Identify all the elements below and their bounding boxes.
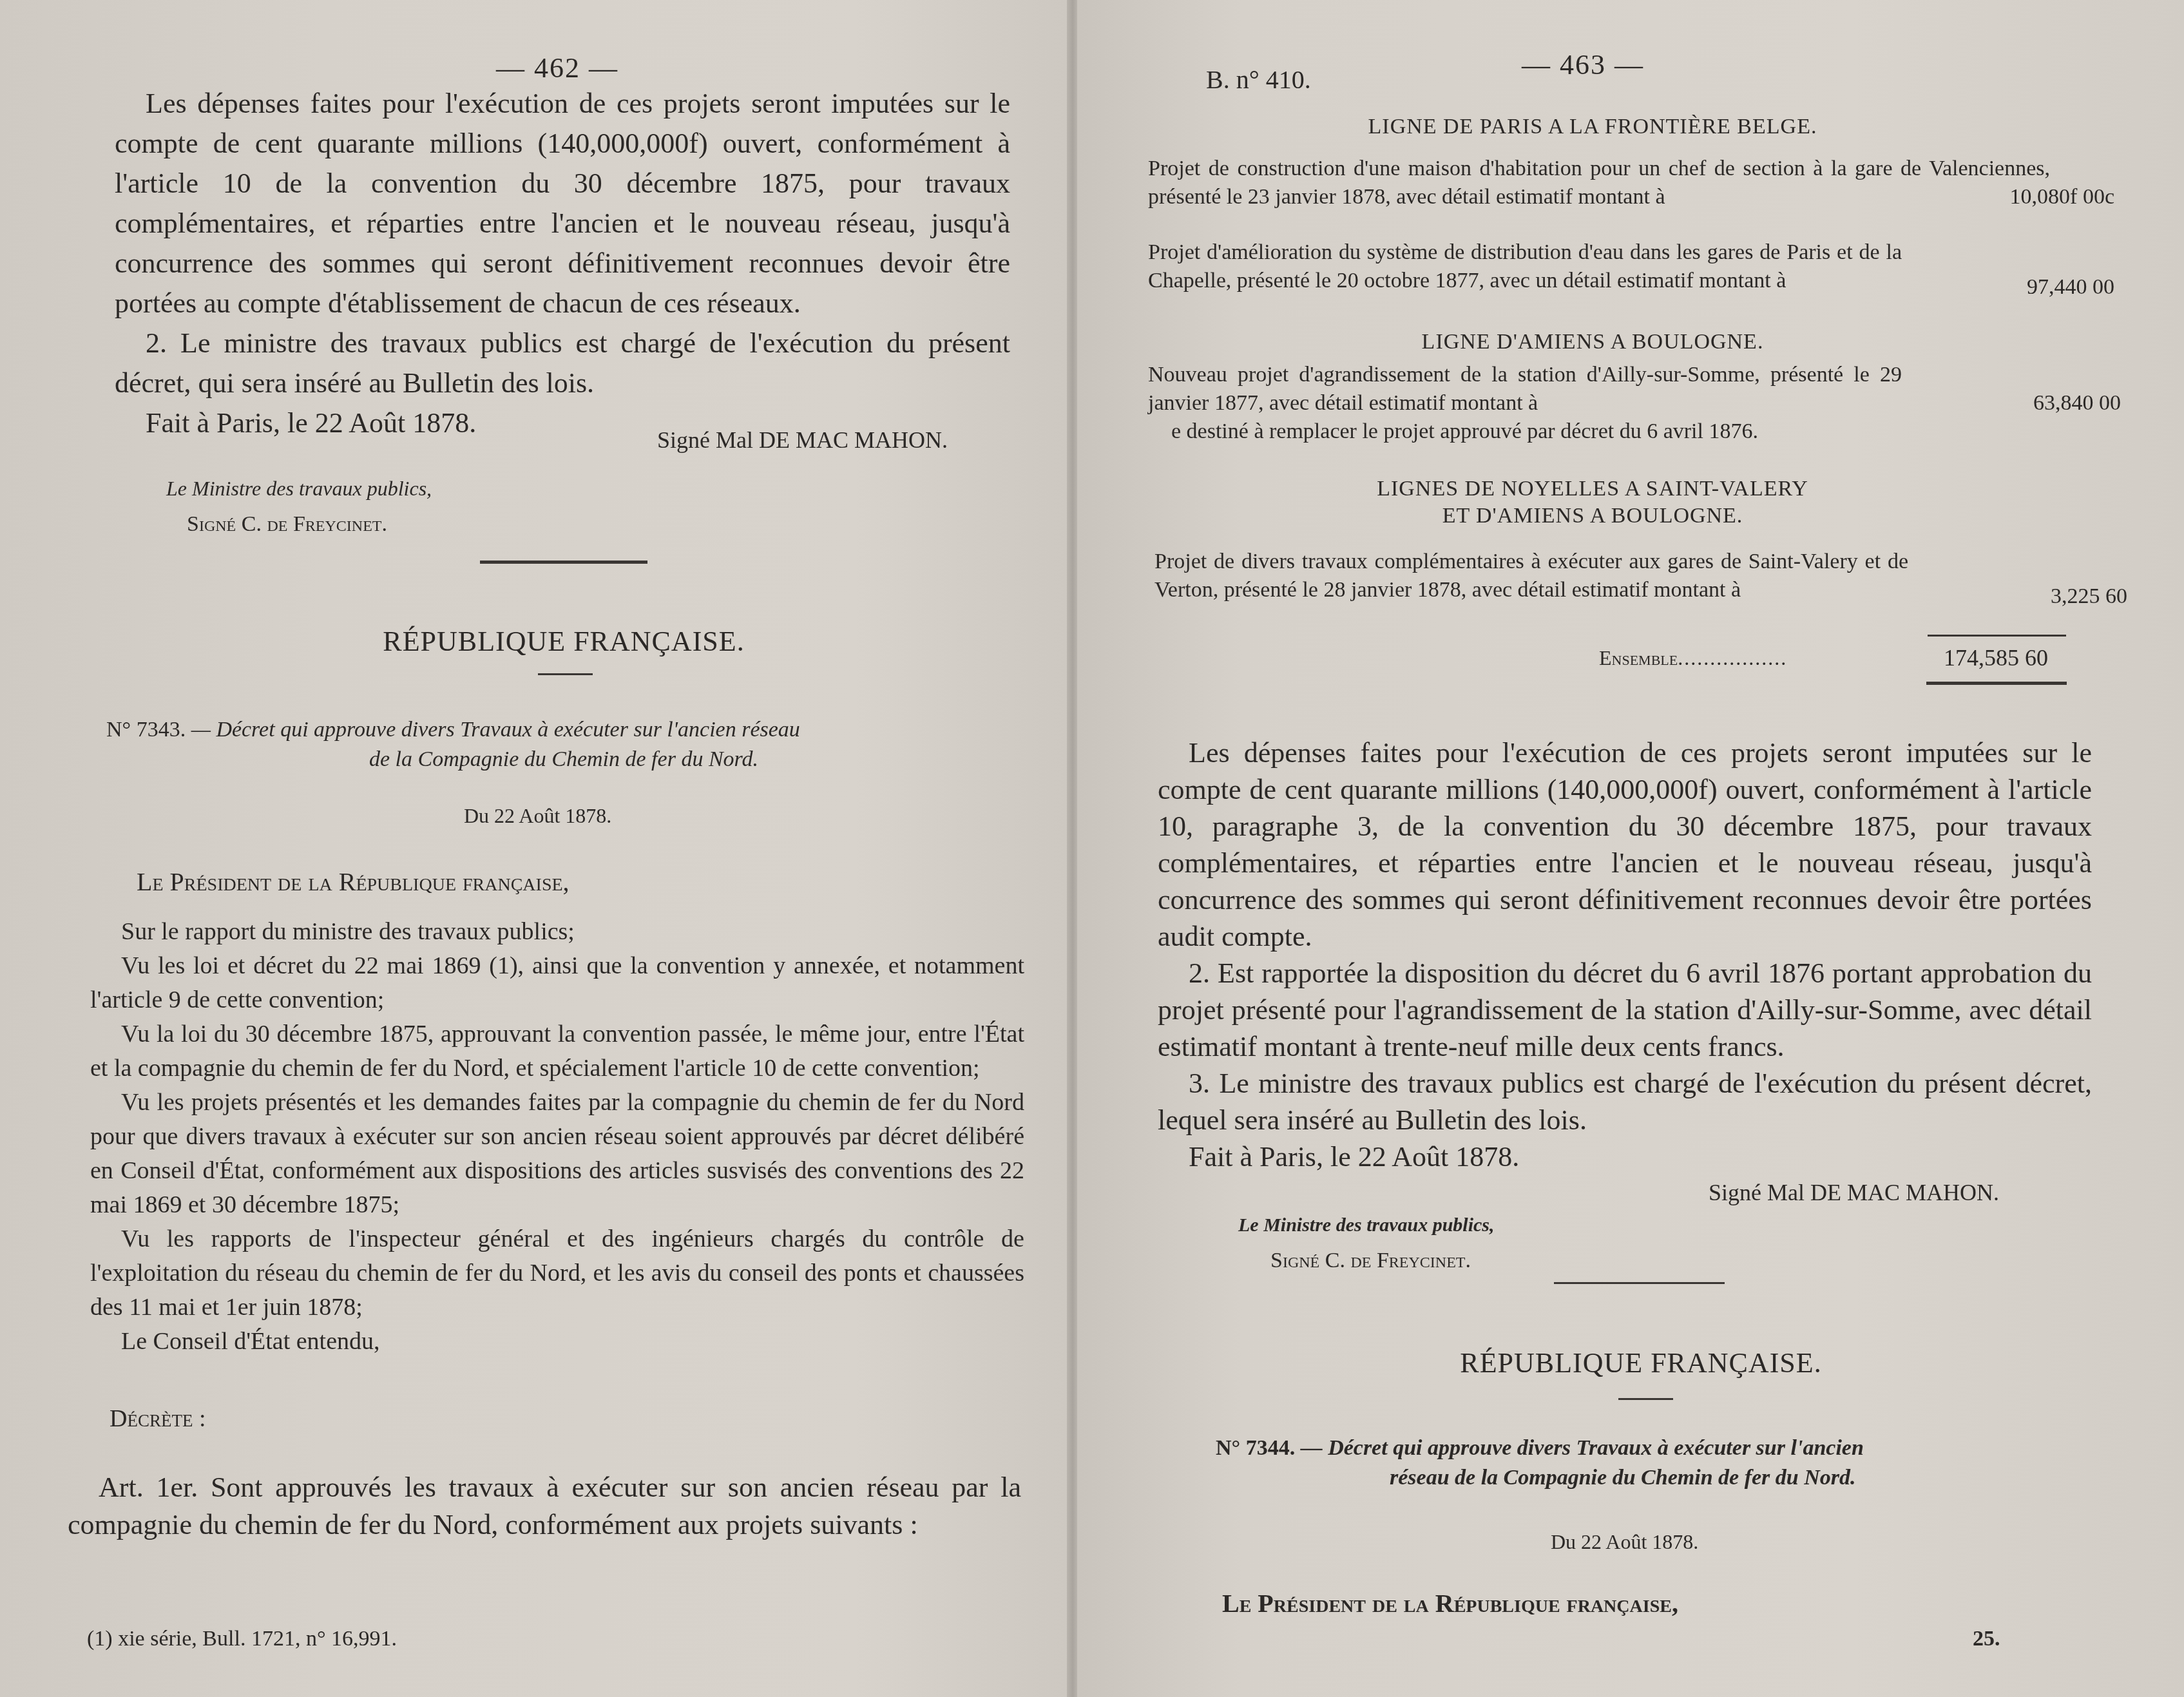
- decree-number: N° 7344.: [1216, 1436, 1295, 1460]
- amount: 10,080f 00c: [2010, 183, 2114, 211]
- president-heading: Le Président de la République française,: [1222, 1588, 1678, 1618]
- article-2: 2. Est rapportée la disposition du décre…: [1158, 955, 2092, 1065]
- project-entry: Projet de construction d'une maison d'ha…: [1148, 155, 2114, 211]
- signature-president: Signé Mal DE MAC MAHON.: [657, 427, 948, 454]
- fait-a-paris: Fait à Paris, le 22 Août 1878.: [1158, 1138, 2092, 1175]
- project-entry: Projet de divers travaux complémentaires…: [1154, 548, 2127, 604]
- section-divider: [1554, 1282, 1725, 1284]
- signature-president: Signé Mal DE MAC MAHON.: [1709, 1179, 1999, 1206]
- signature-minister: Signé C. de Freycinet.: [1270, 1249, 1471, 1273]
- project-entry: Projet d'amélioration du système de dist…: [1148, 238, 2114, 295]
- decree-number: N° 7343.: [106, 718, 186, 742]
- minister-title: Le Ministre des travaux publics,: [166, 477, 432, 501]
- considerations: Sur le rapport du ministre des travaux p…: [90, 915, 1024, 1359]
- page-number: — 462 —: [496, 52, 618, 84]
- project-entry: Nouveau projet d'agrandissement de la st…: [1148, 361, 2121, 446]
- amount: 63,840 00: [2033, 389, 2121, 417]
- left-page: — 462 — Les dépenses faites pour l'exécu…: [0, 0, 1069, 1697]
- republic-heading: RÉPUBLIQUE FRANÇAISE.: [258, 625, 870, 658]
- entry-note: e destiné à remplacer le projet approuvé…: [1148, 417, 2121, 446]
- heading-rule: [1618, 1398, 1673, 1400]
- decree-title: N° 7343. — Décret qui approuve divers Tr…: [106, 715, 1021, 774]
- heading-rule: [538, 673, 593, 675]
- footnote: (1) xie série, Bull. 1721, n° 16,991.: [87, 1627, 397, 1651]
- article-1: Art. 1er. Sont approuvés les travaux à e…: [68, 1469, 1021, 1544]
- total-underline: [1926, 682, 2067, 685]
- amount: 97,440 00: [2027, 273, 2114, 302]
- bulletin-reference: B. n° 410.: [1206, 64, 1311, 95]
- article-2: 2. Le ministre des travaux publics est c…: [115, 323, 1010, 403]
- total-label: Ensemble.................: [1599, 646, 1787, 670]
- total-rule: [1928, 635, 2066, 637]
- amount: 3,225 60: [2051, 582, 2127, 611]
- decree-date: Du 22 Août 1878.: [1551, 1530, 1698, 1554]
- republic-heading: RÉPUBLIQUE FRANÇAISE.: [1335, 1347, 1947, 1379]
- page-number: — 463 —: [1522, 48, 1644, 81]
- decrete-label: Décrète :: [110, 1405, 206, 1433]
- section-heading: LIGNE DE PARIS A LA FRONTIÈRE BELGE.: [1206, 115, 1979, 139]
- expenses-paragraph: Les dépenses faites pour l'exécution de …: [1158, 734, 2092, 955]
- decree-title: N° 7344. — Décret qui approuve divers Tr…: [1216, 1433, 2131, 1493]
- minister-title: Le Ministre des travaux publics,: [1238, 1214, 1495, 1236]
- total-amount: 174,585 60: [1944, 644, 2048, 671]
- decree-date: Du 22 Août 1878.: [464, 804, 611, 828]
- section-divider: [480, 561, 647, 564]
- president-heading: Le Président de la République française,: [137, 867, 570, 897]
- signature-mark: 25.: [1973, 1627, 2000, 1651]
- signature-minister: Signé C. de Freycinet.: [187, 512, 387, 537]
- section-heading: LIGNE D'AMIENS A BOULOGNE.: [1206, 330, 1979, 354]
- article-3: 3. Le ministre des travaux publics est c…: [1158, 1065, 2092, 1138]
- opening-paragraph: Les dépenses faites pour l'exécution de …: [115, 84, 1010, 443]
- section-heading: LIGNES DE NOYELLES A SAINT-VALERY ET D'A…: [1206, 475, 1979, 530]
- body-paragraphs: Les dépenses faites pour l'exécution de …: [1158, 734, 2092, 1175]
- right-page: B. n° 410. — 463 — LIGNE DE PARIS A LA F…: [1077, 0, 2184, 1697]
